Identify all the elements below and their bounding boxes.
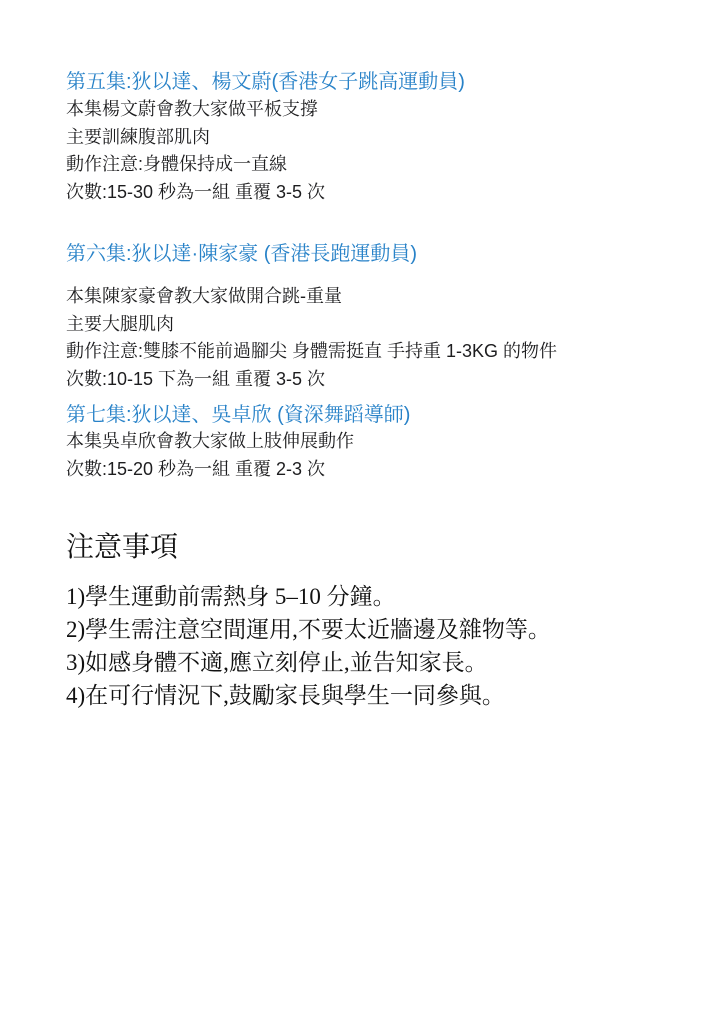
note-item: 3)如感身體不適,應立刻停止,並告知家長。: [66, 646, 684, 679]
episode-detail-line: 次數:15-30 秒為一組 重覆 3-5 次: [66, 179, 684, 207]
episode-detail-line: 本集陳家豪會教大家做開合跳-重量: [66, 283, 684, 311]
document-content: 第五集:狄以達、楊文蔚(香港女子跳高運動員) 本集楊文蔚會教大家做平板支撐 主要…: [0, 0, 724, 712]
episode-section-6: 第六集:狄以達·陳家豪 (香港長跑運動員) 本集陳家豪會教大家做開合跳-重量 主…: [66, 242, 684, 393]
episode-heading: 第六集:狄以達·陳家豪 (香港長跑運動員): [66, 242, 684, 266]
episode-heading: 第五集:狄以達、楊文蔚(香港女子跳高運動員): [66, 70, 684, 94]
episode-detail-line: 次數:15-20 秒為一組 重覆 2-3 次: [66, 456, 684, 484]
episode-detail-line: 動作注意:身體保持成一直線: [66, 151, 684, 179]
episode-detail-line: 動作注意:雙膝不能前過腳尖 身體需挺直 手持重 1-3KG 的物件: [66, 338, 684, 366]
episode-heading: 第七集:狄以達、吳卓欣 (資深舞蹈導師): [66, 403, 684, 427]
episode-section-5: 第五集:狄以達、楊文蔚(香港女子跳高運動員) 本集楊文蔚會教大家做平板支撐 主要…: [66, 70, 684, 206]
episode-detail-line: 本集吳卓欣會教大家做上肢伸展動作: [66, 428, 684, 456]
episode-section-7: 第七集:狄以達、吳卓欣 (資深舞蹈導師) 本集吳卓欣會教大家做上肢伸展動作 次數…: [66, 403, 684, 483]
note-item: 2)學生需注意空間運用,不要太近牆邊及雜物等。: [66, 613, 684, 646]
episode-detail-line: 次數:10-15 下為一組 重覆 3-5 次: [66, 366, 684, 394]
notes-heading: 注意事項: [66, 531, 684, 565]
episode-detail-line: 主要大腿肌肉: [66, 311, 684, 339]
episode-detail-line: 本集楊文蔚會教大家做平板支撐: [66, 96, 684, 124]
notes-list: 1)學生運動前需熱身 5–10 分鐘。 2)學生需注意空間運用,不要太近牆邊及雜…: [66, 580, 684, 712]
note-item: 1)學生運動前需熱身 5–10 分鐘。: [66, 580, 684, 613]
episode-detail-line: 主要訓練腹部肌肉: [66, 124, 684, 152]
note-item: 4)在可行情況下,鼓勵家長與學生一同參與。: [66, 679, 684, 712]
document-page: 第五集:狄以達、楊文蔚(香港女子跳高運動員) 本集楊文蔚會教大家做平板支撐 主要…: [0, 0, 724, 1024]
